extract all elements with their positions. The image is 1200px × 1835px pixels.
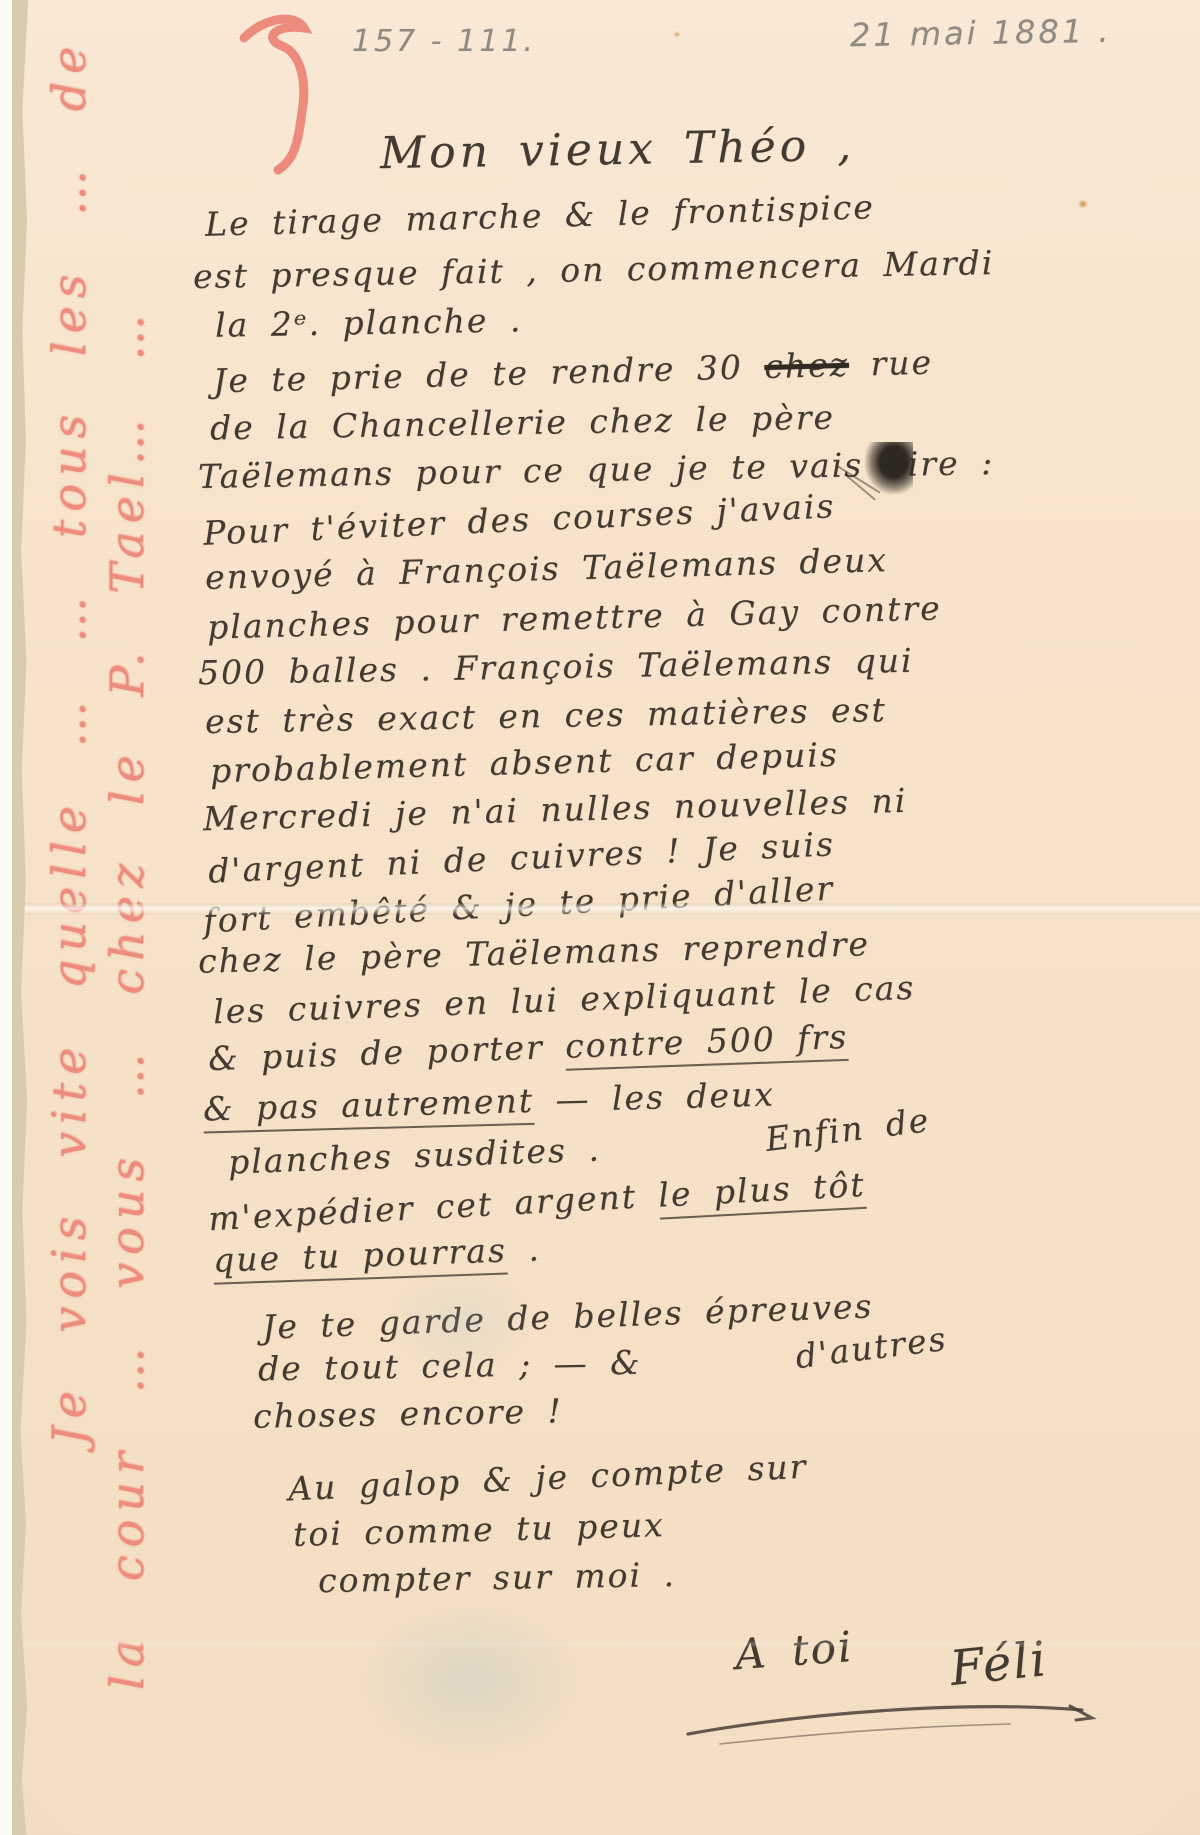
- line-segment: m'expédier cet argent: [207, 1176, 659, 1239]
- fold-crease: [20, 903, 1200, 915]
- red-chalk-flourish: [230, 12, 350, 182]
- line-segment: choses encore !: [253, 1391, 563, 1435]
- manuscript-line: Au galop & je compte sur: [287, 1447, 808, 1509]
- line-segment: Je te garde de belles épreuves: [262, 1286, 874, 1346]
- letter-scan: 157 - 111. 21 mai 1881 . Je vois vite qu…: [0, 0, 1200, 1835]
- manuscript-line: Enfin de: [763, 1100, 932, 1159]
- manuscript-line: Je te garde de belles épreuves: [262, 1286, 874, 1346]
- manuscript-line: planches pour remettre à Gay contre: [207, 588, 943, 646]
- line-segment: d'autres: [793, 1319, 949, 1376]
- valediction: A toi: [733, 1622, 854, 1679]
- manuscript-line: Pour t'éviter des courses j'avais: [202, 486, 836, 553]
- manuscript-line: est très exact en ces matières est: [205, 690, 887, 741]
- underlined-phrase: que tu pourras: [212, 1230, 507, 1284]
- underlined-phrase: le plus tôt: [657, 1165, 866, 1220]
- manuscript-line: 500 balles . François Taëlemans qui: [198, 641, 914, 692]
- line-segment: Pour t'éviter des courses j'avais: [202, 486, 836, 553]
- line-segment: planches pour remettre à Gay contre: [207, 588, 943, 646]
- struck-word: chez: [764, 345, 850, 386]
- line-segment: Enfin de: [763, 1100, 932, 1159]
- manuscript-line: de la Chancellerie chez le père: [210, 398, 836, 448]
- underlined-phrase: & pas autrement: [203, 1081, 535, 1134]
- line-segment: rue: [848, 343, 933, 384]
- line-segment: .: [506, 1229, 541, 1269]
- manuscript-line: compter sur moi .: [318, 1555, 677, 1600]
- paper-speck: [1076, 198, 1090, 210]
- line-segment: envoyé à François Taëlemans deux: [205, 540, 889, 597]
- manuscript-line: toi comme tu peux: [293, 1505, 666, 1554]
- line-segment: — les deux: [533, 1075, 775, 1120]
- line-segment: la 2ᵉ. planche .: [215, 300, 523, 344]
- red-marginalia-inner: la cour … vous … chez le P. Tael… …: [100, 307, 154, 1690]
- manuscript-line: Le tirage marche & le frontispice: [205, 187, 876, 244]
- line-segment: Je te prie de te rendre 30: [213, 347, 765, 400]
- manuscript-line: d'autres: [793, 1319, 949, 1376]
- line-segment: est très exact en ces matières est: [205, 690, 887, 741]
- manuscript-line: est presque fait , on commencera Mardi: [193, 243, 995, 296]
- fold-crease-faint: [20, 1640, 1200, 1648]
- salutation: Mon vieux Théo ,: [380, 120, 856, 179]
- manuscript-line: de tout cela ; — &: [258, 1343, 642, 1389]
- line-segment: planches susdites .: [227, 1130, 601, 1182]
- manuscript-line: la 2ᵉ. planche .: [215, 300, 523, 344]
- manuscript-line: que tu pourras .: [212, 1229, 541, 1279]
- underlined-phrase: contre 500 frs: [564, 1017, 848, 1071]
- line-segment: compter sur moi .: [318, 1555, 677, 1600]
- line-segment: de la Chancellerie chez le père: [210, 398, 836, 448]
- line-segment: toi comme tu peux: [293, 1505, 666, 1554]
- letter-paper: 157 - 111. 21 mai 1881 . Je vois vite qu…: [20, 0, 1200, 1835]
- line-segment: Au galop & je compte sur: [287, 1447, 808, 1509]
- line-segment: probablement absent car depuis: [210, 735, 840, 790]
- manuscript-line: & pas autrement — les deux: [203, 1075, 776, 1129]
- line-segment: de tout cela ; — &: [258, 1343, 642, 1389]
- line-segment: & puis de porter: [208, 1027, 566, 1078]
- manuscript-line: Je te prie de te rendre 30 chez rue: [213, 343, 934, 401]
- manuscript-line: probablement absent car depuis: [210, 735, 840, 790]
- catalog-number: 157 - 111.: [352, 24, 536, 59]
- red-marginalia-outer: Je vois vite quelle … … tous les … de …: [42, 0, 96, 1445]
- line-segment: est presque fait , on commencera Mardi: [193, 243, 995, 296]
- letter-date: 21 mai 1881 .: [850, 12, 1112, 55]
- manuscript-line: planches susdites .: [227, 1130, 601, 1182]
- signature-flourish: [680, 1688, 1100, 1748]
- paper-speck: [672, 30, 682, 39]
- line-segment: 500 balles . François Taëlemans qui: [198, 641, 914, 692]
- line-segment: Le tirage marche & le frontispice: [205, 187, 876, 244]
- manuscript-line: choses encore !: [253, 1391, 563, 1435]
- manuscript-line: envoyé à François Taëlemans deux: [205, 540, 889, 597]
